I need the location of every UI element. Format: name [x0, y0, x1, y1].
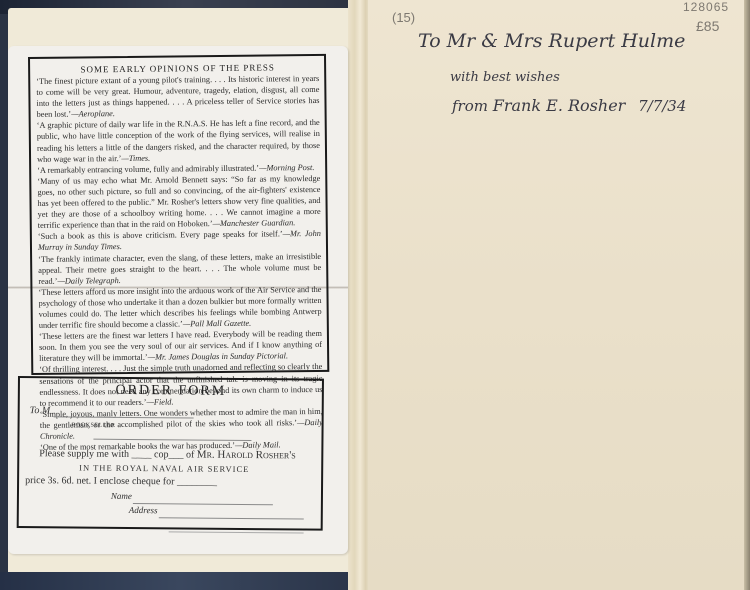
- pencil-price: £85: [696, 18, 719, 34]
- order-form-title: ORDER FORM: [20, 382, 322, 401]
- address-field-1: [159, 505, 304, 519]
- review-item: ‘Many of us may echo what Mr. Arnold Ben…: [37, 173, 321, 231]
- review-item: ‘Such a book as this is above criticism.…: [38, 228, 321, 253]
- to-label: To M: [30, 405, 51, 416]
- book-cloth-bottom: [0, 572, 360, 590]
- from-word: from: [452, 97, 488, 115]
- right-endpaper: [368, 0, 750, 590]
- order-form-box: ORDER FORM To M BOOKSELLER Please supply…: [17, 376, 324, 531]
- page-edge-shadow: [744, 0, 750, 590]
- inscription-line-2: with best wishes: [450, 70, 560, 85]
- bookseller-field: [93, 427, 251, 441]
- name-label: Name: [111, 491, 132, 501]
- book-title: IN THE ROYAL NAVAL AIR SERVICE: [79, 463, 249, 474]
- pencil-catalogue-number: 128065: [683, 0, 729, 14]
- review-item: ‘These letters are the finest war letter…: [39, 328, 322, 364]
- inscription-date: 7/7/34: [638, 97, 686, 115]
- price-line: price 3s. 6d. net. I enclose cheque for …: [25, 475, 217, 488]
- review-item: ‘The frankly intimate character, even th…: [38, 250, 321, 286]
- pencil-page-number: (15): [392, 10, 415, 25]
- name-field: [133, 491, 273, 505]
- press-opinions-box: SOME EARLY OPINIONS OF THE PRESS ‘The fi…: [28, 54, 329, 375]
- inscription-signature-line: from Frank E. Rosher 7/7/34: [452, 96, 686, 115]
- inscription-line-1: To Mr & Mrs Rupert Hulme: [418, 30, 685, 52]
- signature: Frank E. Rosher: [493, 96, 626, 115]
- address-field-2: [169, 519, 304, 533]
- review-item: ‘The finest picture extant of a young pi…: [36, 73, 319, 120]
- review-item: ‘These letters afford us more insight in…: [38, 284, 321, 331]
- to-field: [54, 404, 194, 418]
- book-gutter: [348, 0, 370, 590]
- address-label: Address: [129, 505, 158, 515]
- review-item: ‘A graphic picture of daily war life in …: [37, 117, 320, 164]
- supply-line: Please supply me with ____ cop___ of Mr.…: [39, 447, 295, 461]
